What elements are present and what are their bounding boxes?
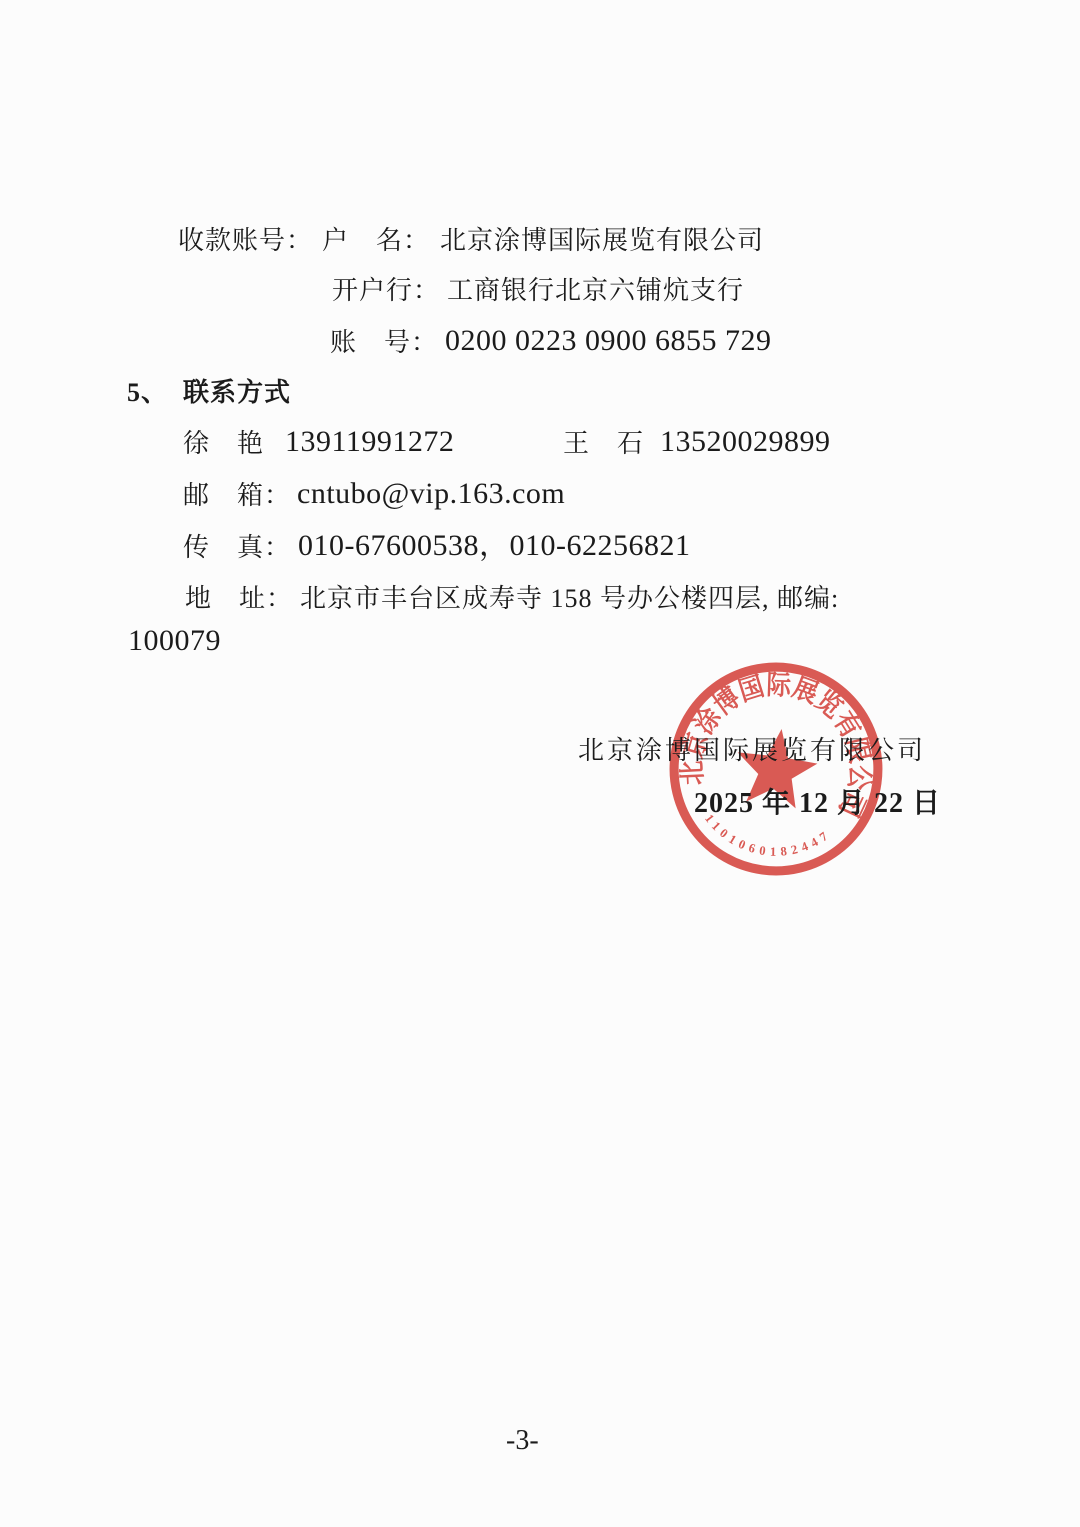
section-title: 联系方式 [183, 380, 291, 406]
company-seal: 北京涂博国际展览有限公司 1101060182447 [663, 656, 889, 882]
bank-label: 开户行： [332, 278, 440, 304]
bank-name-value: 工商银行北京六铺炕支行 [447, 278, 744, 304]
address-label: 地 址： [185, 586, 293, 612]
page-number: -3- [506, 1427, 539, 1455]
email-value: cntubo@vip.163.com [297, 479, 565, 509]
document-page: 收款账号： 户 名： 北京涂博国际展览有限公司 开户行： 工商银行北京六铺炕支行… [0, 0, 1080, 1527]
account-no-value: 0200 0223 0900 6855 729 [445, 326, 772, 356]
section-number: 5、 [127, 380, 168, 406]
fax-value: 010-67600538，010-62256821 [298, 531, 690, 561]
email-label: 邮 箱： [183, 483, 291, 509]
account-name-label: 户 名： [322, 228, 430, 254]
signature-company-name: 北京涂博国际展览有限公司 [578, 738, 926, 764]
fax-label: 传 真： [183, 535, 291, 561]
account-name-value: 北京涂博国际展览有限公司 [440, 228, 764, 254]
contact-person2-phone: 13520029899 [660, 427, 831, 457]
address-value: 北京市丰台区成寿寺 158 号办公楼四层, 邮编: [300, 586, 839, 612]
contact-person2-name: 王 石 [563, 431, 644, 457]
bank-row-label: 收款账号： [178, 228, 313, 254]
contact-person1-phone: 13911991272 [285, 427, 454, 457]
contact-person1-name: 徐 艳 [183, 431, 264, 457]
account-no-label: 账 号： [330, 330, 438, 356]
address-postcode: 100079 [128, 626, 221, 656]
signature-date: 2025 年 12 月 22 日 [694, 790, 941, 818]
